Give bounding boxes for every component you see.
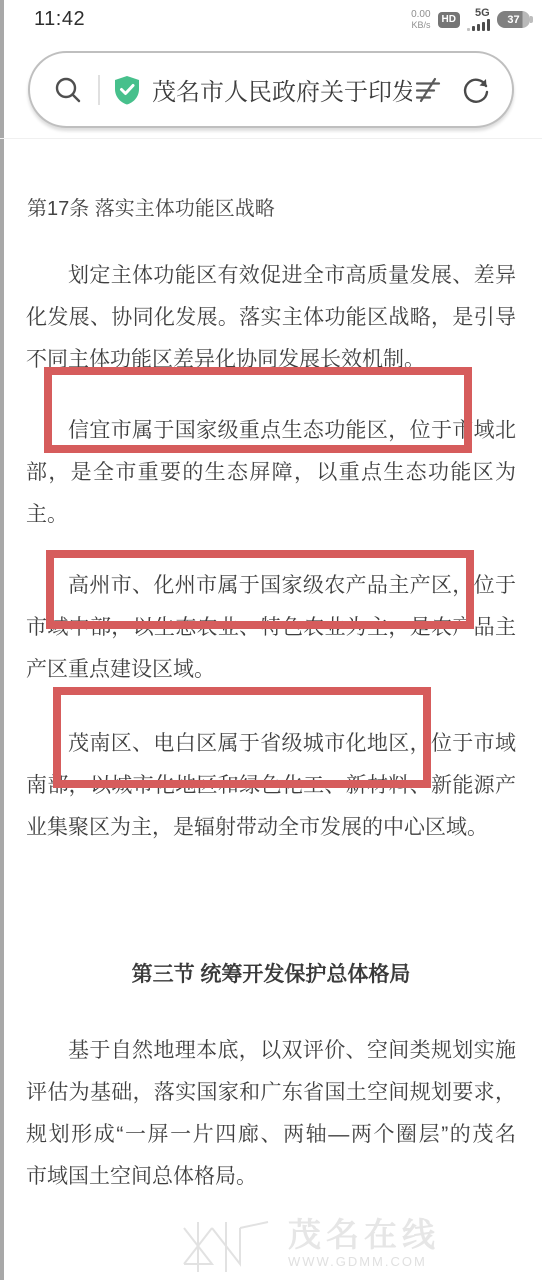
search-query-text[interactable]: 茂名市人民政府关于印发	[152, 72, 412, 107]
paragraph-line: 部，是全市重要的生态屏障，以重点生态功能区为	[26, 452, 516, 494]
annotation-box-1	[44, 367, 472, 453]
network-speed-indicator: 0.00 KB/s	[411, 10, 430, 30]
paragraph-line: 产区重点建设区域。	[26, 649, 516, 691]
site-watermark: 茂名在线 WWW.GDMM.COM	[178, 1218, 440, 1276]
search-divider	[98, 75, 100, 105]
paragraph-line: 业集聚区为主，是辐射带动全市发展的中心区域。	[26, 807, 516, 849]
site-verified-shield-icon[interactable]	[112, 74, 142, 106]
network-type-label: 5G	[475, 8, 490, 18]
watermark-logo-icon	[178, 1218, 278, 1276]
paragraph-line: 主。	[26, 494, 516, 536]
battery-icon: 37	[497, 11, 530, 28]
paragraph-line: 化发展、协同化发展。落实主体功能区战略，是引导	[26, 297, 516, 339]
refresh-icon[interactable]	[460, 74, 492, 106]
paragraph-line: 划定主体功能区有效促进全市高质量发展、差异	[26, 255, 516, 297]
status-indicators: 0.00 KB/s HD 5G 37	[411, 8, 530, 31]
battery-percent: 37	[507, 14, 519, 26]
browser-search-bar[interactable]: 茂名市人民政府关于印发	[28, 51, 514, 128]
watermark-site-url: WWW.GDMM.COM	[288, 1254, 427, 1269]
annotation-box-2	[46, 550, 474, 629]
paragraph-line: 市域国土空间总体格局。	[26, 1156, 516, 1198]
paragraph-spatial-pattern: 基于自然地理本底，以双评价、空间类规划实施 评估为基础，落实国家和广东省国土空间…	[26, 1030, 516, 1198]
watermark-site-name: 茂名在线	[288, 1218, 440, 1252]
paragraph-line: 基于自然地理本底，以双评价、空间类规划实施	[26, 1030, 516, 1072]
section-heading: 第三节 统筹开发保护总体格局	[0, 958, 542, 988]
annotation-box-3	[53, 687, 431, 788]
signal-strength-icon: 5G	[467, 8, 490, 31]
search-icon[interactable]	[52, 74, 84, 106]
browser-chrome-divider	[0, 138, 542, 139]
hd-icon: HD	[438, 12, 460, 28]
phone-screen: 11:42 0.00 KB/s HD 5G 37	[0, 0, 542, 1280]
filter-tune-icon[interactable]	[412, 75, 442, 105]
signal-bars-icon	[467, 19, 490, 31]
article-heading: 第17条 落实主体功能区战略	[27, 192, 275, 221]
status-time: 11:42	[34, 8, 85, 31]
battery-nub	[530, 16, 533, 23]
paragraph-overview: 划定主体功能区有效促进全市高质量发展、差异 化发展、协同化发展。落实主体功能区战…	[26, 255, 516, 381]
screen-edge-strip	[0, 0, 4, 1280]
paragraph-line: 规划形成“一屏一片四廊、两轴—两个圈层”的茂名	[26, 1114, 516, 1156]
paragraph-line: 评估为基础，落实国家和广东省国土空间规划要求，	[26, 1072, 516, 1114]
network-speed-unit: KB/s	[411, 20, 430, 30]
network-speed-value: 0.00	[411, 10, 430, 20]
